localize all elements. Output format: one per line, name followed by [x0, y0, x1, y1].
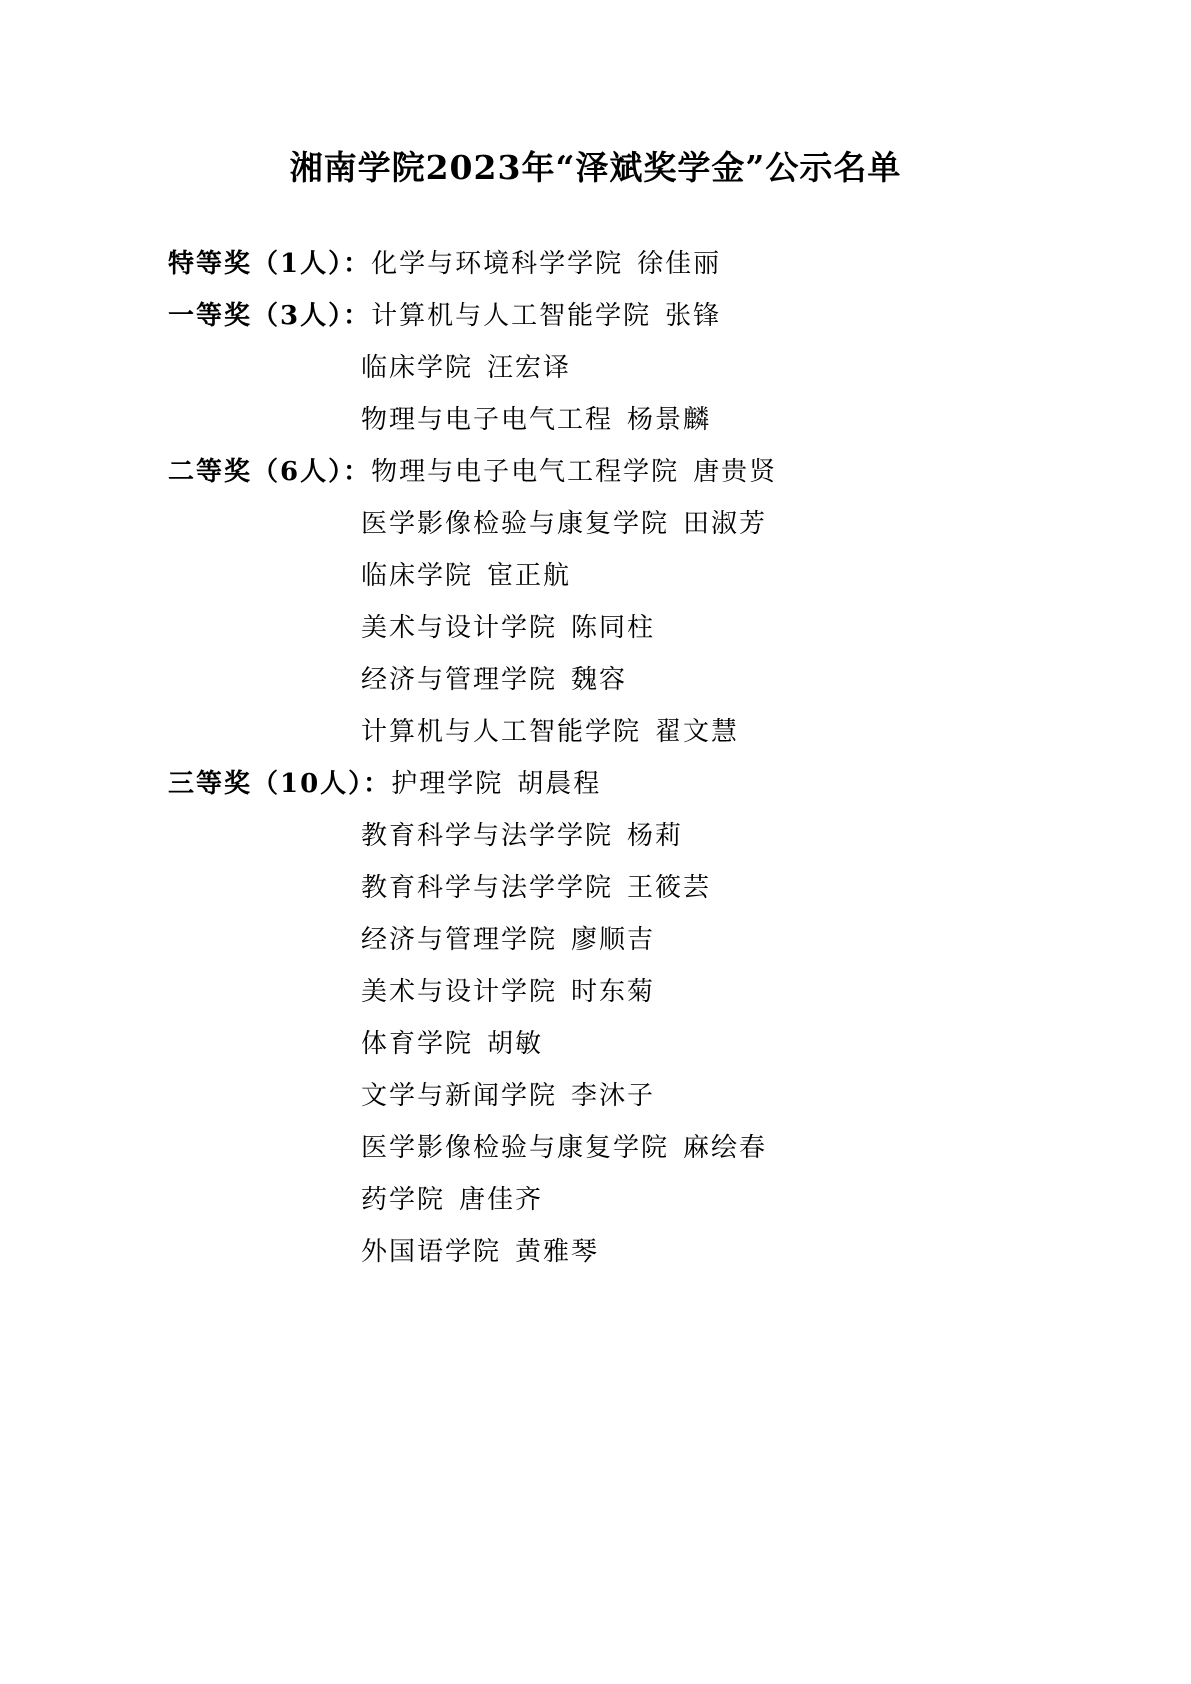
award-third-row-8: 医学影像检验与康复学院麻绘春 — [361, 1131, 767, 1165]
recipient-name: 李沐子 — [571, 1081, 655, 1111]
recipient-name: 杨莉 — [627, 821, 683, 851]
award-first-label: 一等奖（3人）： — [168, 301, 371, 331]
recipient-college: 文学与新闻学院 — [361, 1081, 557, 1111]
recipient-name: 魏容 — [571, 665, 627, 695]
award-second-row-5: 经济与管理学院魏容 — [361, 663, 627, 697]
recipient-college: 外国语学院 — [361, 1237, 501, 1267]
recipient-college: 计算机与人工智能学院 — [361, 717, 641, 747]
award-special-row-1: 特等奖（1人）：化学与环境科学学院徐佳丽 — [168, 247, 721, 281]
award-first-row-1: 一等奖（3人）：计算机与人工智能学院张锋 — [168, 299, 721, 333]
recipient-name: 廖顺吉 — [571, 925, 655, 955]
recipient-college: 经济与管理学院 — [361, 665, 557, 695]
award-second-row-4: 美术与设计学院陈同柱 — [361, 611, 655, 645]
award-second-row-2: 医学影像检验与康复学院田淑芳 — [361, 507, 767, 541]
recipient-college: 体育学院 — [361, 1029, 473, 1059]
recipient-college: 物理与电子电气工程学院 — [371, 457, 679, 487]
award-third-row-6: 体育学院胡敏 — [361, 1027, 543, 1061]
recipient-name: 麻绘春 — [683, 1133, 767, 1163]
recipient-name: 黄雅琴 — [515, 1237, 599, 1267]
recipient-name: 张锋 — [665, 301, 721, 331]
recipient-name: 田淑芳 — [683, 509, 767, 539]
recipient-name: 胡敏 — [487, 1029, 543, 1059]
award-first-row-3: 物理与电子电气工程杨景麟 — [361, 403, 711, 437]
award-special-label: 特等奖（1人）： — [168, 249, 371, 279]
recipient-college: 化学与环境科学学院 — [371, 249, 623, 279]
recipient-college: 临床学院 — [361, 353, 473, 383]
recipient-college: 物理与电子电气工程 — [361, 405, 613, 435]
document-title: 湘南学院2023年“泽斌奖学金”公示名单 — [0, 148, 1191, 188]
award-third-row-2: 教育科学与法学学院杨莉 — [361, 819, 683, 853]
recipient-college: 计算机与人工智能学院 — [371, 301, 651, 331]
recipient-name: 胡晨程 — [517, 769, 601, 799]
award-third-row-4: 经济与管理学院廖顺吉 — [361, 923, 655, 957]
document-page: 湘南学院2023年“泽斌奖学金”公示名单 特等奖（1人）：化学与环境科学学院徐佳… — [0, 0, 1191, 1684]
award-third-row-3: 教育科学与法学学院王筱芸 — [361, 871, 711, 905]
recipient-college: 经济与管理学院 — [361, 925, 557, 955]
recipient-name: 唐佳齐 — [459, 1185, 543, 1215]
recipient-college: 教育科学与法学学院 — [361, 821, 613, 851]
award-second-row-6: 计算机与人工智能学院翟文慧 — [361, 715, 739, 749]
recipient-name: 杨景麟 — [627, 405, 711, 435]
recipient-name: 唐贵贤 — [693, 457, 777, 487]
recipient-college: 医学影像检验与康复学院 — [361, 1133, 669, 1163]
recipient-name: 宦正航 — [487, 561, 571, 591]
recipient-name: 汪宏译 — [487, 353, 571, 383]
award-second-row-1: 二等奖（6人）：物理与电子电气工程学院唐贵贤 — [168, 455, 777, 489]
recipient-college: 护理学院 — [391, 769, 503, 799]
recipient-college: 教育科学与法学学院 — [361, 873, 613, 903]
recipient-college: 美术与设计学院 — [361, 613, 557, 643]
award-third-row-5: 美术与设计学院时东菊 — [361, 975, 655, 1009]
award-third-row-1: 三等奖（10人）：护理学院胡晨程 — [168, 767, 601, 801]
recipient-college: 临床学院 — [361, 561, 473, 591]
award-second-row-3: 临床学院宦正航 — [361, 559, 571, 593]
recipient-name: 翟文慧 — [655, 717, 739, 747]
recipient-name: 时东菊 — [571, 977, 655, 1007]
recipient-name: 陈同柱 — [571, 613, 655, 643]
award-third-row-9: 药学院唐佳齐 — [361, 1183, 543, 1217]
award-third-label: 三等奖（10人）： — [168, 769, 391, 799]
award-third-row-7: 文学与新闻学院李沐子 — [361, 1079, 655, 1113]
recipient-name: 王筱芸 — [627, 873, 711, 903]
award-second-label: 二等奖（6人）： — [168, 457, 371, 487]
award-first-row-2: 临床学院汪宏译 — [361, 351, 571, 385]
recipient-college: 医学影像检验与康复学院 — [361, 509, 669, 539]
recipient-college: 美术与设计学院 — [361, 977, 557, 1007]
award-third-row-10: 外国语学院黄雅琴 — [361, 1235, 599, 1269]
recipient-college: 药学院 — [361, 1185, 445, 1215]
recipient-name: 徐佳丽 — [637, 249, 721, 279]
